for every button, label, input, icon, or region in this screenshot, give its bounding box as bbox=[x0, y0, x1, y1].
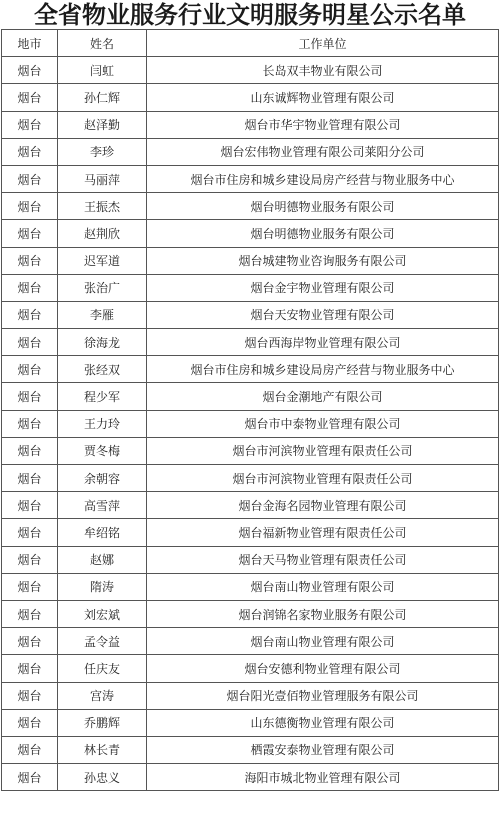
cell-employer: 烟台安德利物业管理有限公司 bbox=[147, 655, 499, 682]
cell-city: 烟台 bbox=[2, 465, 58, 492]
table-row: 烟台迟军道烟台城建物业咨询服务有限公司 bbox=[2, 247, 499, 274]
table-row: 烟台闫虹长岛双丰物业有限公司 bbox=[2, 57, 499, 84]
cell-employer: 长岛双丰物业有限公司 bbox=[147, 57, 499, 84]
cell-city: 烟台 bbox=[2, 709, 58, 736]
table-row: 烟台马丽萍烟台市住房和城乡建设局房产经营与物业服务中心 bbox=[2, 165, 499, 192]
cell-name: 李珍 bbox=[58, 138, 147, 165]
table-row: 烟台乔鹏辉山东德衡物业管理有限公司 bbox=[2, 709, 499, 736]
cell-employer: 烟台福新物业管理有限责任公司 bbox=[147, 519, 499, 546]
cell-employer: 烟台市住房和城乡建设局房产经营与物业服务中心 bbox=[147, 356, 499, 383]
cell-city: 烟台 bbox=[2, 410, 58, 437]
cell-employer: 烟台宏伟物业管理有限公司莱阳分公司 bbox=[147, 138, 499, 165]
cell-name: 任庆友 bbox=[58, 655, 147, 682]
cell-name: 孟令益 bbox=[58, 628, 147, 655]
cell-city: 烟台 bbox=[2, 628, 58, 655]
cell-city: 烟台 bbox=[2, 736, 58, 763]
cell-employer: 海阳市城北物业管理有限公司 bbox=[147, 764, 499, 791]
cell-city: 烟台 bbox=[2, 437, 58, 464]
cell-employer: 山东诚辉物业管理有限公司 bbox=[147, 84, 499, 111]
cell-name: 余朝容 bbox=[58, 465, 147, 492]
cell-name: 王振杰 bbox=[58, 193, 147, 220]
table-row: 烟台程少军烟台金潮地产有限公司 bbox=[2, 383, 499, 410]
cell-name: 孙忠义 bbox=[58, 764, 147, 791]
table-row: 烟台徐海龙烟台西海岸物业管理有限公司 bbox=[2, 329, 499, 356]
header-employer: 工作单位 bbox=[147, 30, 499, 57]
cell-employer: 烟台市河滨物业管理有限责任公司 bbox=[147, 437, 499, 464]
cell-name: 马丽萍 bbox=[58, 165, 147, 192]
cell-employer: 山东德衡物业管理有限公司 bbox=[147, 709, 499, 736]
cell-city: 烟台 bbox=[2, 165, 58, 192]
table-row: 烟台王振杰烟台明德物业服务有限公司 bbox=[2, 193, 499, 220]
cell-city: 烟台 bbox=[2, 329, 58, 356]
cell-city: 烟台 bbox=[2, 492, 58, 519]
table-row: 烟台李雁烟台天安物业管理有限公司 bbox=[2, 301, 499, 328]
table-row: 烟台李珍烟台宏伟物业管理有限公司莱阳分公司 bbox=[2, 138, 499, 165]
cell-employer: 烟台市河滨物业管理有限责任公司 bbox=[147, 465, 499, 492]
table-row: 烟台孙忠义海阳市城北物业管理有限公司 bbox=[2, 764, 499, 791]
cell-city: 烟台 bbox=[2, 383, 58, 410]
table-row: 烟台隋涛烟台南山物业管理有限公司 bbox=[2, 573, 499, 600]
table-row: 烟台余朝容烟台市河滨物业管理有限责任公司 bbox=[2, 465, 499, 492]
table-row: 烟台赵娜烟台天马物业管理有限责任公司 bbox=[2, 546, 499, 573]
table-row: 烟台宫涛烟台阳光壹佰物业管理服务有限公司 bbox=[2, 682, 499, 709]
cell-city: 烟台 bbox=[2, 519, 58, 546]
cell-city: 烟台 bbox=[2, 247, 58, 274]
cell-employer: 烟台明德物业服务有限公司 bbox=[147, 193, 499, 220]
cell-city: 烟台 bbox=[2, 84, 58, 111]
cell-employer: 烟台南山物业管理有限公司 bbox=[147, 573, 499, 600]
cell-city: 烟台 bbox=[2, 356, 58, 383]
cell-city: 烟台 bbox=[2, 301, 58, 328]
cell-name: 牟绍铭 bbox=[58, 519, 147, 546]
cell-employer: 烟台南山物业管理有限公司 bbox=[147, 628, 499, 655]
header-city: 地市 bbox=[2, 30, 58, 57]
cell-employer: 烟台市中泰物业管理有限公司 bbox=[147, 410, 499, 437]
cell-employer: 烟台明德物业服务有限公司 bbox=[147, 220, 499, 247]
cell-employer: 烟台金宇物业管理有限公司 bbox=[147, 274, 499, 301]
cell-employer: 烟台天马物业管理有限责任公司 bbox=[147, 546, 499, 573]
cell-city: 烟台 bbox=[2, 764, 58, 791]
cell-employer: 烟台天安物业管理有限公司 bbox=[147, 301, 499, 328]
table-row: 烟台孟令益烟台南山物业管理有限公司 bbox=[2, 628, 499, 655]
table-row: 烟台张治广烟台金宇物业管理有限公司 bbox=[2, 274, 499, 301]
cell-city: 烟台 bbox=[2, 573, 58, 600]
cell-city: 烟台 bbox=[2, 138, 58, 165]
table-row: 烟台牟绍铭烟台福新物业管理有限责任公司 bbox=[2, 519, 499, 546]
cell-name: 贾冬梅 bbox=[58, 437, 147, 464]
table-header-row: 地市 姓名 工作单位 bbox=[2, 30, 499, 57]
table-row: 烟台王力玲烟台市中泰物业管理有限公司 bbox=[2, 410, 499, 437]
cell-name: 赵泽勤 bbox=[58, 111, 147, 138]
cell-city: 烟台 bbox=[2, 655, 58, 682]
cell-employer: 烟台润锦名家物业服务有限公司 bbox=[147, 600, 499, 627]
table-row: 烟台刘宏斌烟台润锦名家物业服务有限公司 bbox=[2, 600, 499, 627]
cell-employer: 烟台金海名园物业管理有限公司 bbox=[147, 492, 499, 519]
table-row: 烟台赵荆欣烟台明德物业服务有限公司 bbox=[2, 220, 499, 247]
cell-employer: 烟台市华宇物业管理有限公司 bbox=[147, 111, 499, 138]
cell-employer: 烟台金潮地产有限公司 bbox=[147, 383, 499, 410]
cell-name: 刘宏斌 bbox=[58, 600, 147, 627]
table-row: 烟台高雪萍烟台金海名园物业管理有限公司 bbox=[2, 492, 499, 519]
table-row: 烟台贾冬梅烟台市河滨物业管理有限责任公司 bbox=[2, 437, 499, 464]
cell-employer: 烟台阳光壹佰物业管理服务有限公司 bbox=[147, 682, 499, 709]
cell-city: 烟台 bbox=[2, 111, 58, 138]
cell-city: 烟台 bbox=[2, 600, 58, 627]
cell-name: 隋涛 bbox=[58, 573, 147, 600]
cell-city: 烟台 bbox=[2, 274, 58, 301]
cell-name: 赵娜 bbox=[58, 546, 147, 573]
cell-city: 烟台 bbox=[2, 57, 58, 84]
cell-name: 张治广 bbox=[58, 274, 147, 301]
cell-employer: 烟台市住房和城乡建设局房产经营与物业服务中心 bbox=[147, 165, 499, 192]
cell-name: 张经双 bbox=[58, 356, 147, 383]
cell-name: 乔鹏辉 bbox=[58, 709, 147, 736]
cell-name: 宫涛 bbox=[58, 682, 147, 709]
cell-city: 烟台 bbox=[2, 220, 58, 247]
cell-name: 林长青 bbox=[58, 736, 147, 763]
cell-city: 烟台 bbox=[2, 682, 58, 709]
table-row: 烟台林长青栖霞安泰物业管理有限公司 bbox=[2, 736, 499, 763]
table-row: 烟台赵泽勤烟台市华宇物业管理有限公司 bbox=[2, 111, 499, 138]
cell-name: 闫虹 bbox=[58, 57, 147, 84]
table-row: 烟台张经双烟台市住房和城乡建设局房产经营与物业服务中心 bbox=[2, 356, 499, 383]
cell-employer: 栖霞安泰物业管理有限公司 bbox=[147, 736, 499, 763]
cell-city: 烟台 bbox=[2, 546, 58, 573]
page-title: 全省物业服务行业文明服务明星公示名单 bbox=[0, 0, 500, 29]
cell-employer: 烟台城建物业咨询服务有限公司 bbox=[147, 247, 499, 274]
cell-employer: 烟台西海岸物业管理有限公司 bbox=[147, 329, 499, 356]
cell-name: 李雁 bbox=[58, 301, 147, 328]
cell-name: 高雪萍 bbox=[58, 492, 147, 519]
cell-city: 烟台 bbox=[2, 193, 58, 220]
table-row: 烟台孙仁辉山东诚辉物业管理有限公司 bbox=[2, 84, 499, 111]
header-name: 姓名 bbox=[58, 30, 147, 57]
cell-name: 程少军 bbox=[58, 383, 147, 410]
cell-name: 王力玲 bbox=[58, 410, 147, 437]
cell-name: 迟军道 bbox=[58, 247, 147, 274]
cell-name: 赵荆欣 bbox=[58, 220, 147, 247]
cell-name: 孙仁辉 bbox=[58, 84, 147, 111]
table-row: 烟台任庆友烟台安德利物业管理有限公司 bbox=[2, 655, 499, 682]
roster-table: 地市 姓名 工作单位 烟台闫虹长岛双丰物业有限公司烟台孙仁辉山东诚辉物业管理有限… bbox=[1, 29, 499, 791]
cell-name: 徐海龙 bbox=[58, 329, 147, 356]
